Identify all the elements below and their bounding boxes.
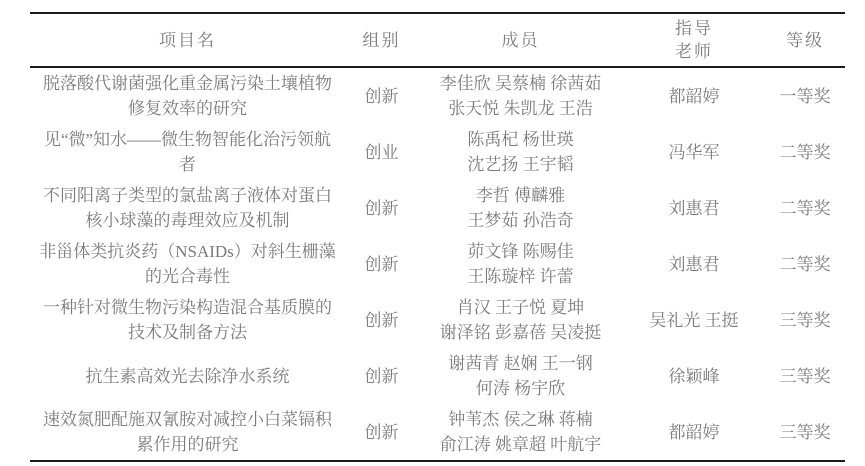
table-row: 不同阳离子类型的氯盐离子液体对蛋白 核小球藻的毒理效应及机制 创新 李哲 傅麟雅… [30, 180, 845, 236]
group-cell: 创业 [345, 124, 418, 180]
award-level-cell: 二等奖 [765, 180, 845, 236]
group-cell: 创新 [345, 404, 418, 461]
header-row: 项目名 组别 成员 指导 老师 等级 [30, 13, 845, 67]
award-level-cell: 三等奖 [765, 292, 845, 348]
project-name-cell: 不同阳离子类型的氯盐离子液体对蛋白 核小球藻的毒理效应及机制 [30, 180, 345, 236]
column-header-advisor: 指导 老师 [623, 13, 765, 67]
document-page: 项目名 组别 成员 指导 老师 等级 脱落酸代谢菌强化重金属污染土壤植物 修复效… [0, 0, 865, 466]
table-row: 非甾体类抗炎药（NSAIDs）对斜生栅藻 的光合毒性 创新 茆文锋 陈赐佳 王陈… [30, 236, 845, 292]
column-header-group: 组别 [345, 13, 418, 67]
advisor-cell: 刘惠君 [623, 180, 765, 236]
project-name-cell: 脱落酸代谢菌强化重金属污染土壤植物 修复效率的研究 [30, 67, 345, 124]
group-cell: 创新 [345, 236, 418, 292]
project-name-cell: 非甾体类抗炎药（NSAIDs）对斜生栅藻 的光合毒性 [30, 236, 345, 292]
table-row: 抗生素高效光去除净水系统 创新 谢茜青 赵娴 王一钢 何涛 杨宇欣 徐颖峰 三等… [30, 348, 845, 404]
advisor-cell: 徐颖峰 [623, 348, 765, 404]
members-cell: 肖汉 王子悦 夏坤 谢泽铭 彭嘉蓓 吴凌挺 [418, 292, 623, 348]
table-row: 速效氮肥配施双氰胺对减控小白菜镉积 累作用的研究 创新 钟苇杰 侯之琳 蒋楠 俞… [30, 404, 845, 461]
project-name-cell: 速效氮肥配施双氰胺对减控小白菜镉积 累作用的研究 [30, 404, 345, 461]
members-cell: 陈禹杞 杨世瑛 沈艺扬 王宇韬 [418, 124, 623, 180]
members-cell: 茆文锋 陈赐佳 王陈璇梓 许蕾 [418, 236, 623, 292]
award-level-cell: 一等奖 [765, 67, 845, 124]
advisor-cell: 冯华军 [623, 124, 765, 180]
award-level-cell: 二等奖 [765, 236, 845, 292]
group-cell: 创新 [345, 180, 418, 236]
table-row: 一种针对微生物污染构造混合基质膜的 技术及制备方法 创新 肖汉 王子悦 夏坤 谢… [30, 292, 845, 348]
members-cell: 钟苇杰 侯之琳 蒋楠 俞江涛 姚章超 叶航宇 [418, 404, 623, 461]
project-name-cell: 见“微”知水——微生物智能化治污领航者 [30, 124, 345, 180]
award-table: 项目名 组别 成员 指导 老师 等级 脱落酸代谢菌强化重金属污染土壤植物 修复效… [30, 12, 845, 462]
column-header-level: 等级 [765, 13, 845, 67]
advisor-cell: 都韶婷 [623, 404, 765, 461]
table-header: 项目名 组别 成员 指导 老师 等级 [30, 13, 845, 67]
table-body: 脱落酸代谢菌强化重金属污染土壤植物 修复效率的研究 创新 李佳欣 吴蔡楠 徐茜茹… [30, 67, 845, 461]
award-level-cell: 三等奖 [765, 348, 845, 404]
project-name-cell: 抗生素高效光去除净水系统 [30, 348, 345, 404]
table-row: 脱落酸代谢菌强化重金属污染土壤植物 修复效率的研究 创新 李佳欣 吴蔡楠 徐茜茹… [30, 67, 845, 124]
column-header-members: 成员 [418, 13, 623, 67]
advisor-cell: 刘惠君 [623, 236, 765, 292]
advisor-cell: 吴礼光 王挺 [623, 292, 765, 348]
members-cell: 李佳欣 吴蔡楠 徐茜茹 张天悦 朱凯龙 王浩 [418, 67, 623, 124]
advisor-cell: 都韶婷 [623, 67, 765, 124]
group-cell: 创新 [345, 292, 418, 348]
project-name-cell: 一种针对微生物污染构造混合基质膜的 技术及制备方法 [30, 292, 345, 348]
table-row: 见“微”知水——微生物智能化治污领航者 创业 陈禹杞 杨世瑛 沈艺扬 王宇韬 冯… [30, 124, 845, 180]
group-cell: 创新 [345, 67, 418, 124]
group-cell: 创新 [345, 348, 418, 404]
members-cell: 谢茜青 赵娴 王一钢 何涛 杨宇欣 [418, 348, 623, 404]
column-header-project: 项目名 [30, 13, 345, 67]
award-level-cell: 三等奖 [765, 404, 845, 461]
members-cell: 李哲 傅麟雅 王梦茹 孙浩奇 [418, 180, 623, 236]
award-level-cell: 二等奖 [765, 124, 845, 180]
